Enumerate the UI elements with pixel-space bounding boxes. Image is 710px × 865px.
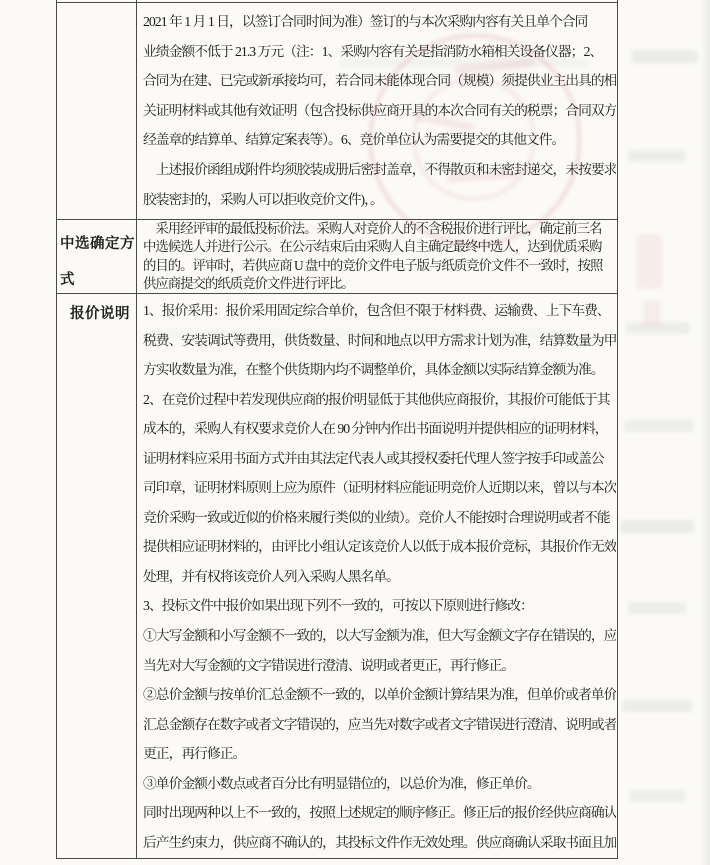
text-line: 的目的。评审时，若供应商 U 盘中的竞价文件电子版与纸质竞价文件不一致时，按照 [143,257,616,275]
row-content-cell-quotation-notes: 1、报价采用：报价采用固定综合单价，包含但不限于材料费、运输费、上下车费、税费、… [143,296,616,857]
bleed-through-mark [626,322,690,334]
text-line: 竞价采购一致或近似的价格来履行类似的业绩）。竞价人不能按时合理说明或者不能 [143,503,616,533]
text-line: 同时出现两种以上不一致的，按照上述规定的顺序修正。修正后的报价经供应商确认 [143,798,616,828]
text-line: 汇总金额存在数字或者文字错误的，应当先对数字或者文字错误进行澄清、说明或者 [143,710,616,740]
text-line: 证明材料应采用书面方式并由其法定代表人或其授权委托代理人签字按手印或盖公 [143,444,616,474]
text-line: 中选确定方 [60,226,136,262]
bleed-through-mark [628,150,686,162]
text-line: 方实收数量为准，在整个供货期内均不调整单价，具体金额以实际结算金额为准。 [143,355,616,385]
text-line: 1、报价采用：报价采用固定综合单价，包含但不限于材料费、运输费、上下车费、 [143,296,616,326]
bleed-through-mark [622,700,692,712]
text-line: 供应商提交的纸质竞价文件进行评比。 [143,275,616,293]
text-line: 3、投标文件中报价如果出现下列不一致的，可按以下原则进行修改： [143,591,616,621]
text-line: ②总价金额与按单价汇总金额不一致的，以单价金额计算结果为准，但单价或者单价 [143,680,616,710]
text-line: 2021 年 1 月 1 日，以签订合同时间为准）签订的与本次采购内容有关且单个… [143,7,616,37]
text-line: 业绩金额不低于 21.3 万元（注：1、采购内容有关是指消防水箱相关设备仪器；2… [143,37,616,67]
table-border-bottom [56,858,618,859]
text-line: ①大写金额和小写金额不一致的，以大写金额为准，但大写金额文字存在错误的，应 [143,621,616,651]
text-line: 成本的，采购人有权要求竞价人在 90 分钟内作出书面说明并提供相应的证明材料， [143,414,616,444]
text-line: 关证明材料或其他有效证明（包含投标供应商开具的本次合同有关的税票；合同双方 [143,96,616,126]
text-line: 上述报价函组成附件均须胶装成册后密封盖章，不得散页和未密封递交，未按要求 [143,155,616,185]
table-row-divider [56,293,618,294]
text-line: 合同为在建、已完或新承接均可，若合同未能体现合同（规模）须提供业主出具的相 [143,66,616,96]
row-content-cell-continuation: 2021 年 1 月 1 日，以签订合同时间为准）签订的与本次采购内容有关且单个… [143,7,616,214]
scan-page-edge [700,0,710,865]
text-line: 采用经评审的最低投标价法。采购人对竞价人的不含税报价进行评比，确定前三名 [143,220,616,238]
text-line: 提供相应证明材料的，由评比小组认定该竞价人以低于成本报价竞标，其报价作无效 [143,532,616,562]
table-border-right [617,0,618,858]
seal-margin-bleed-mark [636,234,662,289]
table-border-left [56,0,57,858]
text-line: 2、在竞价过程中若发现供应商的报价明显低于其他供应商报价，其报价可能低于其 [143,385,616,415]
bleed-through-mark [632,50,698,63]
table-column-divider [136,0,137,858]
bleed-through-mark [624,420,694,432]
scanned-document-page: { "page": { "background_color": "#fbfaf7… [0,0,710,865]
text-line: ③单价金额小数点或者百分比有明显错位的，以总价为准，修正单价。 [143,769,616,799]
text-line: 中选候选人并进行公示。在公示结束后由采购人自主确定最终中选人，达到优质采购 [143,238,616,256]
text-line: 税费、安装调试等费用，供货数量、时间和地点以甲方需求计划为准，结算数量为甲 [143,326,616,356]
bleed-through-mark [630,790,686,802]
bleed-through-mark [628,602,686,614]
text-line: 经盖章的结算单、结算定案表等）。6、竞价单位认为需要提交的其他文件。 [143,125,616,155]
row-label-cell-selection-method: 中选确定方式 [60,226,136,298]
row-label-cell-quotation-notes: 报价说明 [70,302,146,323]
table-row-divider [56,219,618,220]
text-line: 当先对大写金额的文字错误进行澄清、说明或者更正，再行修正。 [143,651,616,681]
row-content-cell-selection-method: 采用经评审的最低投标价法。采购人对竞价人的不含税报价进行评比，确定前三名中选候选… [143,220,616,293]
table-border-top [56,2,618,3]
text-line: 胶装密封的，采购人可以拒收竞价文件)，。 [143,185,616,215]
text-line: 司印章，证明材料原则上应为原件（证明材料应能证明竞价人近期以来，曾以与本次 [143,473,616,503]
text-line: 更正，再行修正。 [143,739,616,769]
text-line: 后产生约束力，供应商不确认的，其投标文件作无效处理。供应商确认采取书面且加 [143,828,616,858]
bleed-through-mark [620,520,694,533]
text-line: 处理，并有权将该竞价人列入采购人黑名单。 [143,562,616,592]
